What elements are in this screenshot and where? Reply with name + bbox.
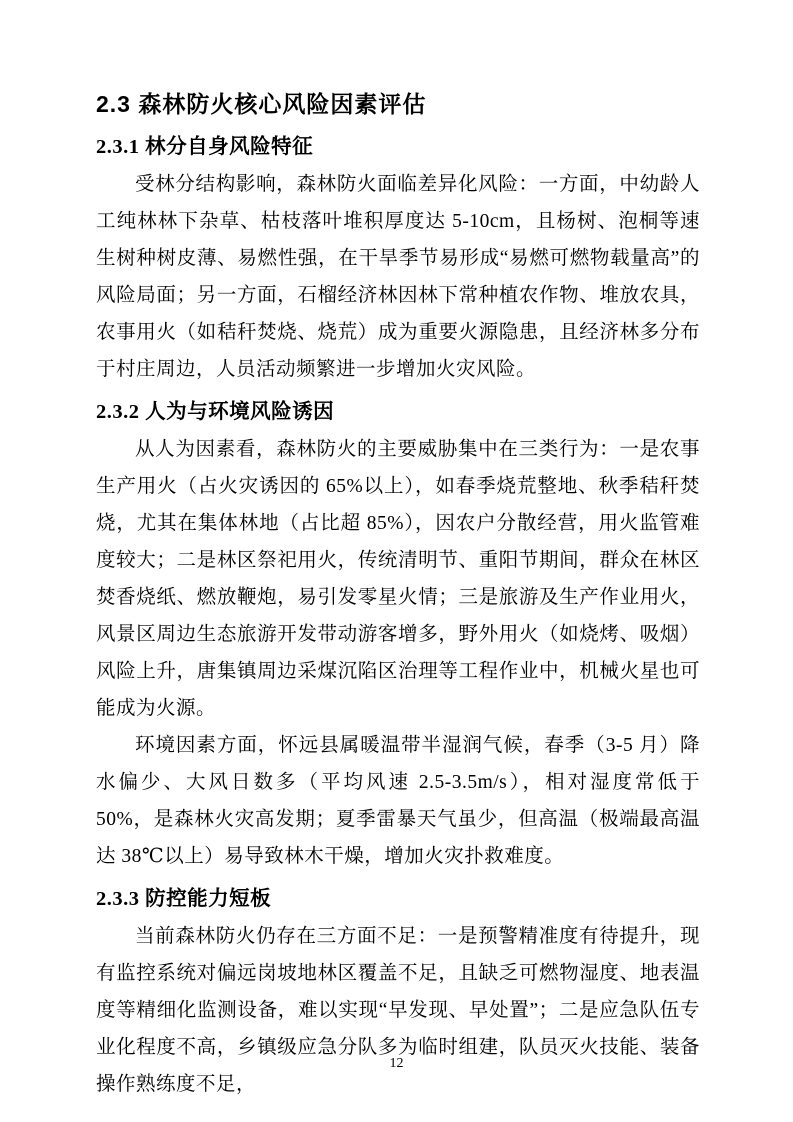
section-heading-2-3: 2.3 森林防火核心风险因素评估 — [96, 86, 700, 123]
page-footer: 12 — [0, 1054, 793, 1074]
paragraph-environment-factors: 环境因素方面，怀远县属暖温带半湿润气候，春季（3-5 月）降水偏少、大风日数多（… — [96, 727, 700, 875]
subsection-heading-2-3-2: 2.3.2 人为与环境风险诱因 — [96, 394, 700, 431]
paragraph-stand-risk: 受林分结构影响，森林防火面临差异化风险：一方面，中幼龄人工纯林林下杂草、枯枝落叶… — [96, 166, 700, 388]
document-page: 2.3 森林防火核心风险因素评估 2.3.1 林分自身风险特征 受林分结构影响，… — [0, 0, 793, 1122]
subsection-heading-2-3-3: 2.3.3 防控能力短板 — [96, 881, 700, 918]
subsection-heading-2-3-1: 2.3.1 林分自身风险特征 — [96, 129, 700, 166]
page-number: 12 — [390, 1056, 404, 1071]
document-content: 2.3 森林防火核心风险因素评估 2.3.1 林分自身风险特征 受林分结构影响，… — [0, 0, 793, 1103]
paragraph-human-factors: 从人为因素看，森林防火的主要威胁集中在三类行为：一是农事生产用火（占火灾诱因的 … — [96, 431, 700, 727]
paragraph-capability-gaps: 当前森林防火仍存在三方面不足：一是预警精准度有待提升，现有监控系统对偏远岗坡地林… — [96, 918, 700, 1103]
